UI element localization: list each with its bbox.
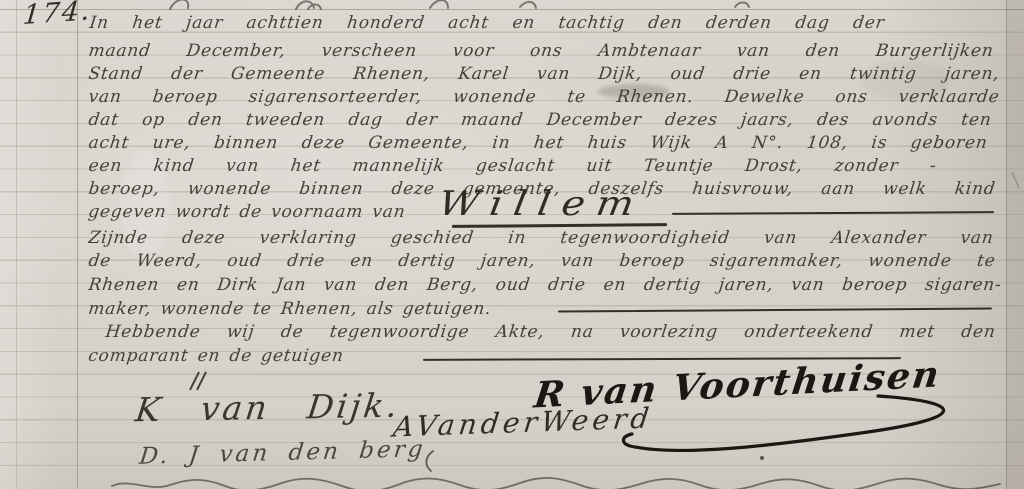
act-line-5: dat op den tweeden dag der maand Decembe…: [87, 109, 993, 133]
closing-line-2: comparant en de getuigen: [87, 345, 345, 367]
witness-line-4: maker, wonende te Rhenen, als getuigen.: [87, 298, 493, 320]
act-line-6: acht ure, binnen deze Gemeente, in het h…: [87, 132, 989, 156]
scanned-birth-record: 174. In het jaar achttien honderd acht e…: [0, 0, 1024, 489]
signature-declarant: K van Dijk.: [133, 386, 402, 430]
closing-line-1: Hebbende wij de tegenwoordige Akte, na v…: [104, 321, 997, 345]
act-line-7: een kind van het mannelijk geslacht uit …: [87, 155, 938, 179]
record-number: 174.: [22, 0, 93, 27]
child-name: Willem: [436, 186, 648, 222]
witness-line-1: Zijnde deze verklaring geschied in tegen…: [87, 227, 995, 251]
act-line-3: Stand der Gemeente Rhenen, Karel van Dij…: [87, 63, 1001, 87]
act-line-9: gegeven wordt de voornaam van: [87, 201, 407, 223]
act-line-4: van beroep sigarensorteerder, wonende te…: [87, 86, 1001, 110]
witness-line-3: Rhenen en Dirk Jan van den Berg, oud dri…: [87, 274, 1003, 298]
act-line-2: maand December, verscheen voor ons Ambte…: [87, 40, 995, 64]
witness-line-2: de Weerd, oud drie en dertig jaren, van …: [87, 250, 997, 274]
right-edge-strip: [1007, 0, 1024, 489]
top-ruled-line: [0, 9, 1024, 10]
right-margin-line: [1006, 0, 1007, 489]
previous-record-fragment: [170, 0, 749, 9]
left-edge-line: [16, 0, 17, 489]
margin-line: [77, 0, 78, 489]
act-line-1: In het jaar achttien honderd acht en tac…: [88, 12, 886, 36]
